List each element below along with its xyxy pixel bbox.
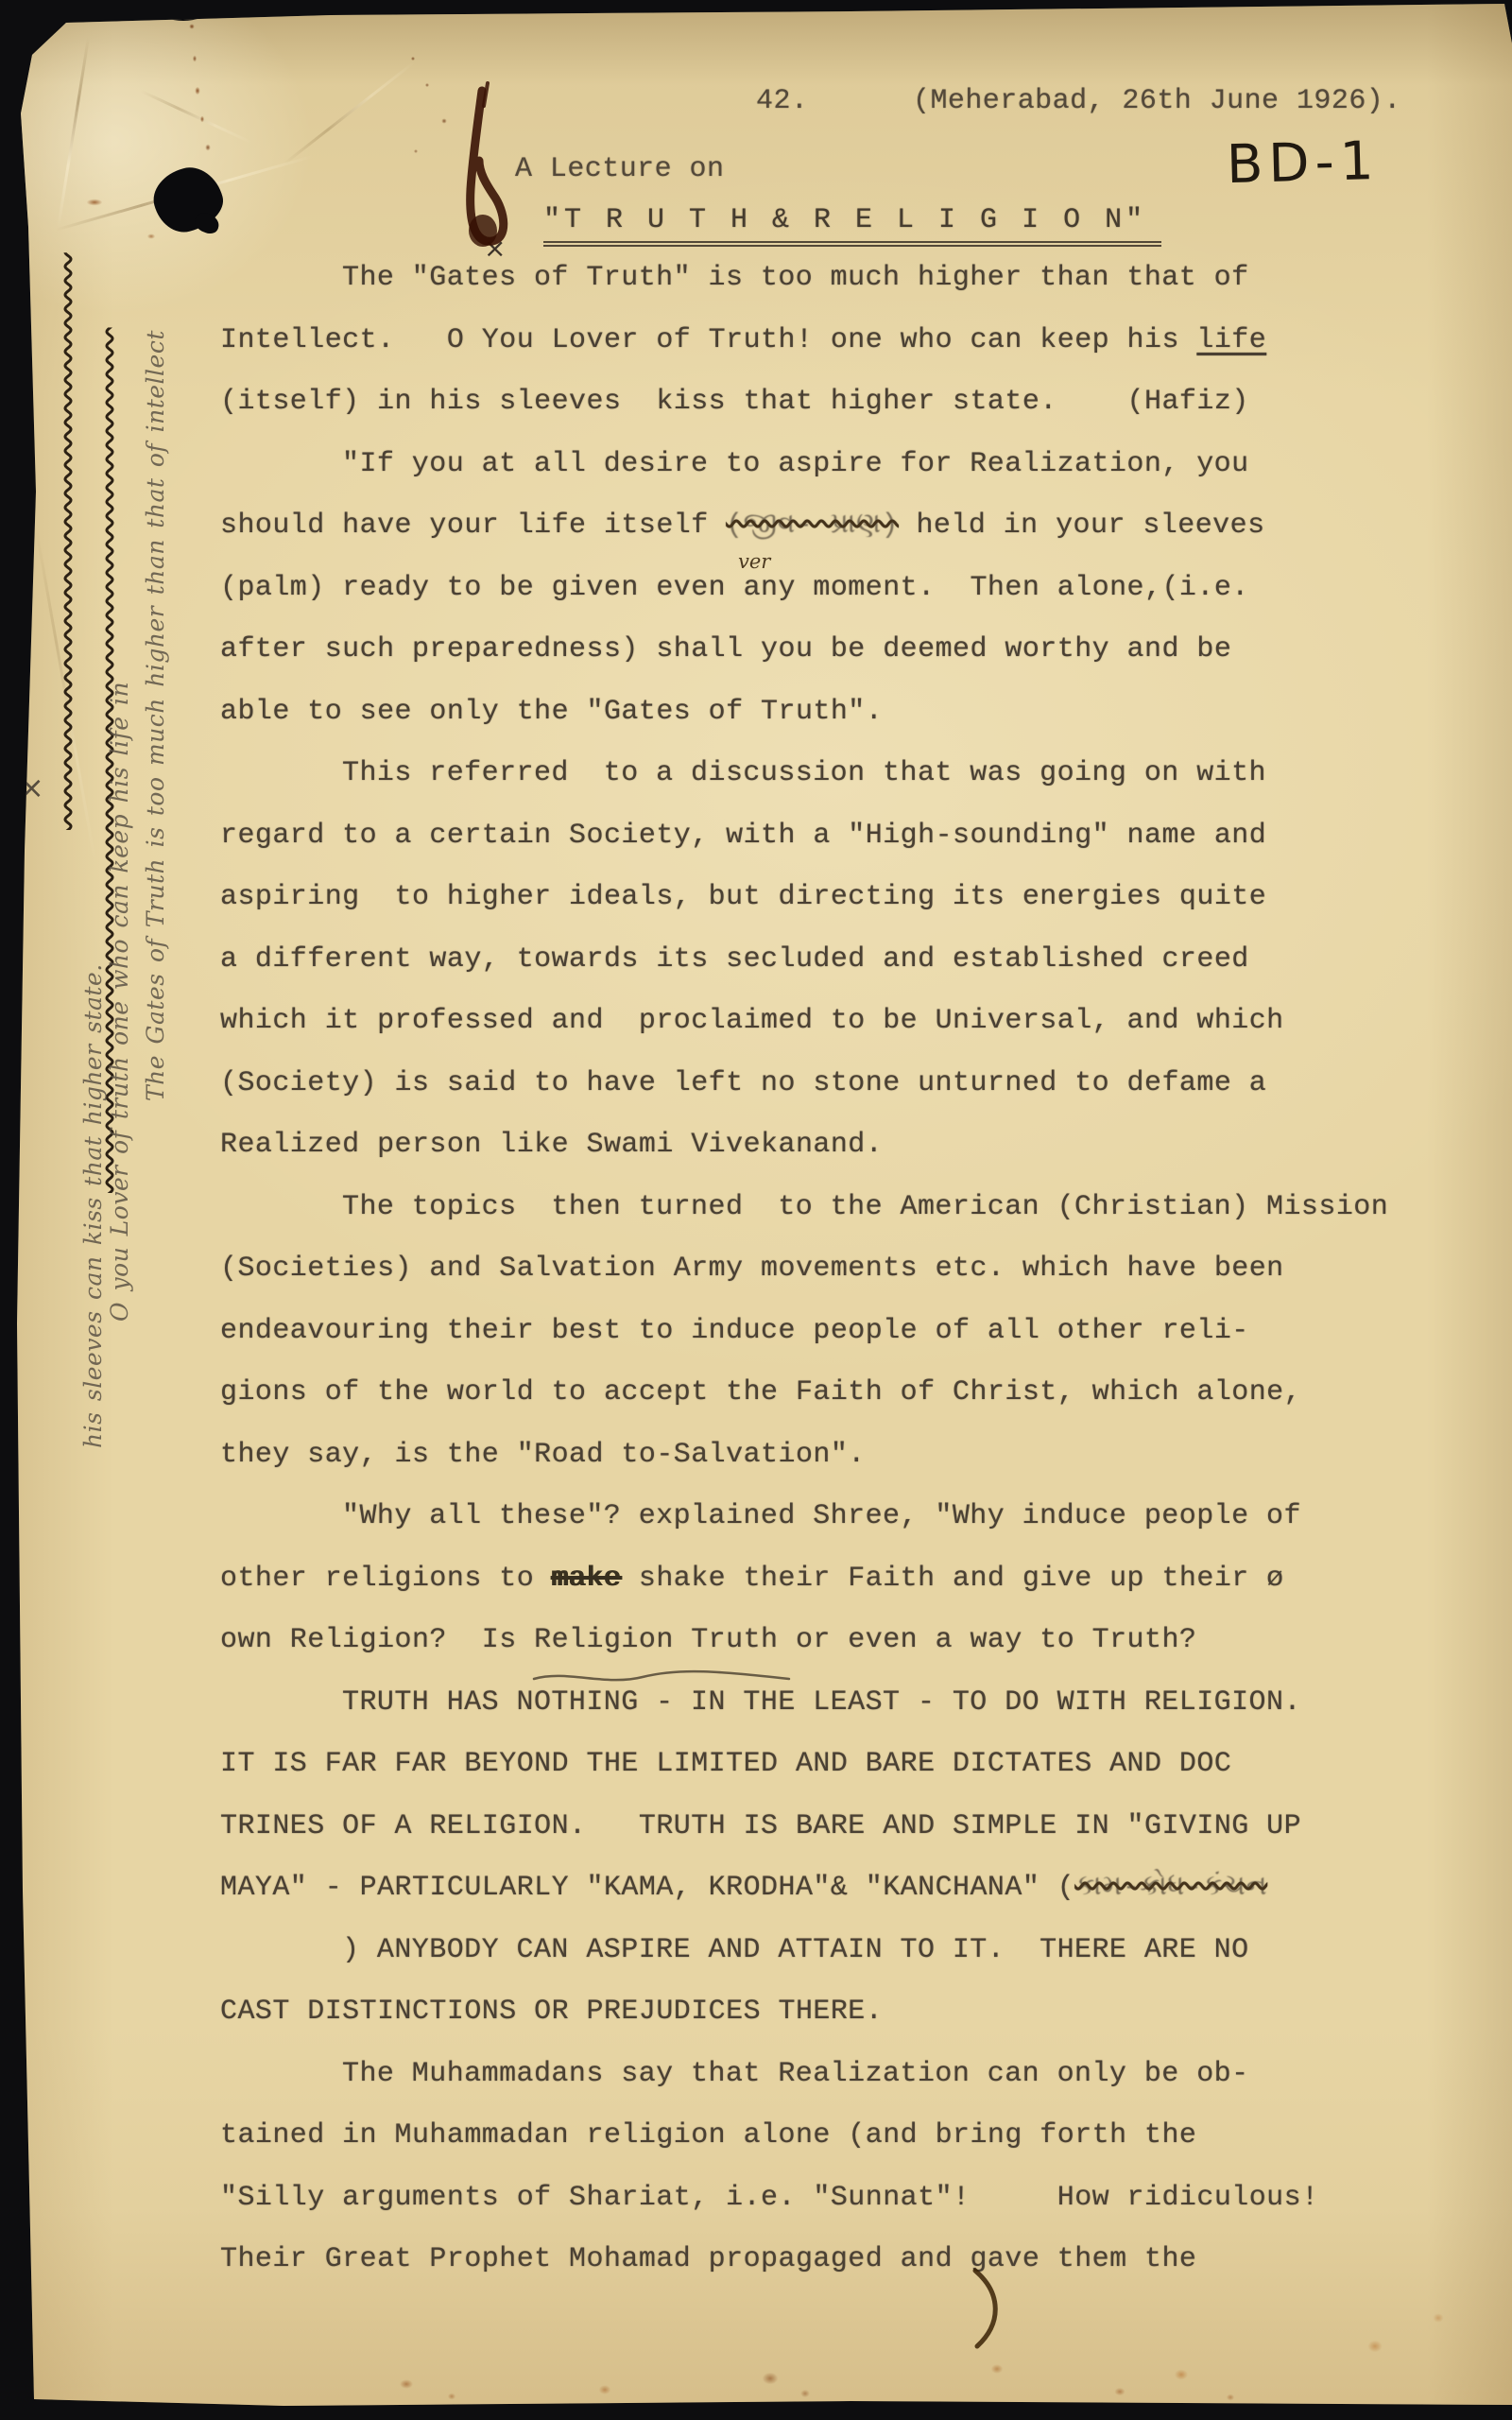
typed-line: ) ANYBODY CAN ASPIRE AND ATTAIN TO IT. T… (220, 1920, 1512, 1982)
margin-note-english: The Gates of Truth is too much higher th… (142, 269, 169, 1101)
margin-note-english: O you Lover of truth one who can keep hi… (106, 315, 133, 1322)
typed-text: a different way, towards its secluded an… (220, 943, 1249, 976)
typed-text: gions of the world to accept the Faith o… (220, 1376, 1301, 1409)
typed-line: which it professed and proclaimed to be … (220, 991, 1512, 1053)
paper-crease (141, 90, 253, 145)
typed-line: own Religion? Is Religion Truth or even … (220, 1610, 1512, 1672)
typed-text: own Religion? Is Religion Truth or even … (220, 1624, 1196, 1656)
paper-crease (57, 38, 90, 230)
margin-note-english: his sleeves can kiss that higher state. (79, 881, 107, 1448)
lecture-label: A Lecture on (515, 153, 724, 185)
typed-text: held in your sleeves (899, 510, 1265, 542)
typed-text: The Muhammadans say that Realization can… (342, 2058, 1249, 2090)
archive-code: BD-1 (1226, 130, 1380, 196)
typed-line: (itself) in his sleeves kiss that higher… (220, 372, 1512, 434)
typed-line: The "Gates of Truth" is too much higher … (220, 248, 1512, 310)
typed-text: should have your life itself (220, 510, 726, 542)
typed-text: IT IS FAR FAR BEYOND THE LIMITED AND BAR… (220, 1748, 1231, 1780)
typed-line: aspiring to higher ideals, but directing… (220, 867, 1512, 929)
typed-line: MAYA" - PARTICULARLY "KAMA, KRODHA"& "KA… (220, 1858, 1512, 1920)
underline-squiggle (529, 1666, 794, 1688)
typed-line: should have your life itself (જીવ- પ્રાણ… (220, 495, 1512, 558)
typed-text: "Silly arguments of Shariat, i.e. "Sunna… (220, 2182, 1319, 2214)
typed-line: (palm) ready to be given even any moment… (220, 558, 1512, 620)
typed-line: able to see only the "Gates of Truth". (220, 682, 1512, 744)
typed-text: Their Great Prophet Mohamad propagaged a… (220, 2243, 1196, 2275)
typed-line: Intellect. O You Lover of Truth! one who… (220, 310, 1512, 372)
typed-text: aspiring to higher ideals, but directing… (220, 881, 1266, 913)
typed-line: after such preparedness) shall you be de… (220, 619, 1512, 682)
typed-line: Their Great Prophet Mohamad propagaged a… (220, 2229, 1512, 2291)
scan-background: 42. (Meherabad, 26th June 1926). A Lectu… (0, 0, 1512, 2420)
page-number: 42. (756, 85, 808, 117)
typed-text: life (1196, 324, 1266, 356)
typed-line: TRINES OF A RELIGION. TRUTH IS BARE AND … (220, 1796, 1512, 1858)
typed-text: Realized person like Swami Vivekanand. (220, 1129, 883, 1161)
typed-line: gions of the world to accept the Faith o… (220, 1362, 1512, 1425)
typed-line: TRUTH HAS NOTHING - IN THE LEAST - TO DO… (220, 1672, 1512, 1735)
typed-line: tained in Muhammadan religion alone (and… (220, 2105, 1512, 2168)
handwritten-paren-mark (970, 2265, 1011, 2354)
typed-line: (Societies) and Salvation Army movements… (220, 1238, 1512, 1301)
handwritten-gujarati-inline: (જીવ- પ્રાણ) (726, 510, 899, 542)
typed-line: endeavouring their best to induce people… (220, 1301, 1512, 1363)
typed-text: endeavouring their best to induce people… (220, 1315, 1249, 1347)
typed-text: Intellect. O You Lover of Truth! one who… (220, 324, 1196, 356)
margin-note-gujarati: સત્યના દરવાજા બુદ્ધિ કરતાં ઘણા ઊંચા છે (53, 216, 86, 830)
typed-text: TRINES OF A RELIGION. TRUTH IS BARE AND … (220, 1810, 1301, 1842)
typed-text: able to see only the "Gates of Truth". (220, 696, 883, 728)
ink-blot (450, 81, 535, 261)
page-title: "T R U T H & R E L I G I O N" (543, 204, 1161, 247)
typed-line: "Silly arguments of Shariat, i.e. "Sunna… (220, 2168, 1512, 2230)
typed-text: other religions to (220, 1563, 552, 1595)
typed-text: "If you at all desire to aspire for Real… (342, 448, 1249, 480)
document-page: 42. (Meherabad, 26th June 1926). A Lectu… (0, 0, 1512, 2420)
dateline: (Meherabad, 26th June 1926). (913, 85, 1401, 117)
typed-line: CAST DISTINCTIONS OR PREJUDICES THERE. (220, 1981, 1512, 2044)
typed-line: other religions to make shake their Fait… (220, 1548, 1512, 1611)
typed-line: (Society) is said to have left no stone … (220, 1053, 1512, 1115)
typed-text: MAYA" - PARTICULARLY "KAMA, KRODHA"& "KA… (220, 1872, 1074, 1904)
typed-text: TRUTH HAS NOTHING - IN THE LEAST - TO DO… (342, 1686, 1301, 1719)
typed-line: they say, is the "Road to-Salvation". (220, 1425, 1512, 1487)
paper-crease (283, 60, 416, 164)
typed-line: "Why all these"? explained Shree, "Why i… (220, 1486, 1512, 1548)
handwritten-gujarati-inline: કામ-ક્રોધ-કંચન (1074, 1872, 1267, 1904)
typed-text: (palm) ready to be given even any moment… (220, 572, 1249, 604)
typed-text: which it professed and proclaimed to be … (220, 1005, 1284, 1037)
x-mark: × (19, 769, 44, 805)
typed-line: "If you at all desire to aspire for Real… (220, 434, 1512, 496)
typed-line: The Muhammadans say that Realization can… (220, 2044, 1512, 2106)
typed-line: a different way, towards its secluded an… (220, 929, 1512, 992)
typed-text: (itself) in his sleeves kiss that higher… (220, 386, 1249, 418)
typed-text: (Society) is said to have left no stone … (220, 1067, 1266, 1099)
typed-text: regard to a certain Society, with a "Hig… (220, 820, 1266, 852)
typed-text: This referred to a discussion that was g… (342, 757, 1266, 789)
torn-paper-notch (159, 0, 208, 21)
typed-text: The topics then turned to the American (… (342, 1191, 1388, 1223)
typed-line: The topics then turned to the American (… (220, 1177, 1512, 1239)
typed-line: This referred to a discussion that was g… (220, 743, 1512, 805)
typed-text: (Societies) and Salvation Army movements… (220, 1253, 1284, 1285)
typed-text: CAST DISTINCTIONS OR PREJUDICES THERE. (220, 1996, 883, 2028)
typed-line: Realized person like Swami Vivekanand. (220, 1115, 1512, 1177)
typed-text: tained in Muhammadan religion alone (and… (220, 2119, 1196, 2152)
document-body: The "Gates of Truth" is too much higher … (220, 248, 1512, 2291)
typed-text: they say, is the "Road to-Salvation". (220, 1439, 866, 1471)
typed-text: shake their Faith and give up their ø (621, 1563, 1283, 1595)
typed-line: IT IS FAR FAR BEYOND THE LIMITED AND BAR… (220, 1734, 1512, 1796)
typed-line: regard to a certain Society, with a "Hig… (220, 805, 1512, 868)
typed-text: make (552, 1563, 622, 1595)
typed-text: ) ANYBODY CAN ASPIRE AND ATTAIN TO IT. T… (342, 1934, 1249, 1966)
typed-text: The "Gates of Truth" is too much higher … (342, 262, 1249, 294)
typed-text: after such preparedness) shall you be de… (220, 633, 1231, 665)
typed-text: "Why all these"? explained Shree, "Why i… (342, 1500, 1301, 1532)
handwritten-correction: ver (738, 550, 770, 573)
